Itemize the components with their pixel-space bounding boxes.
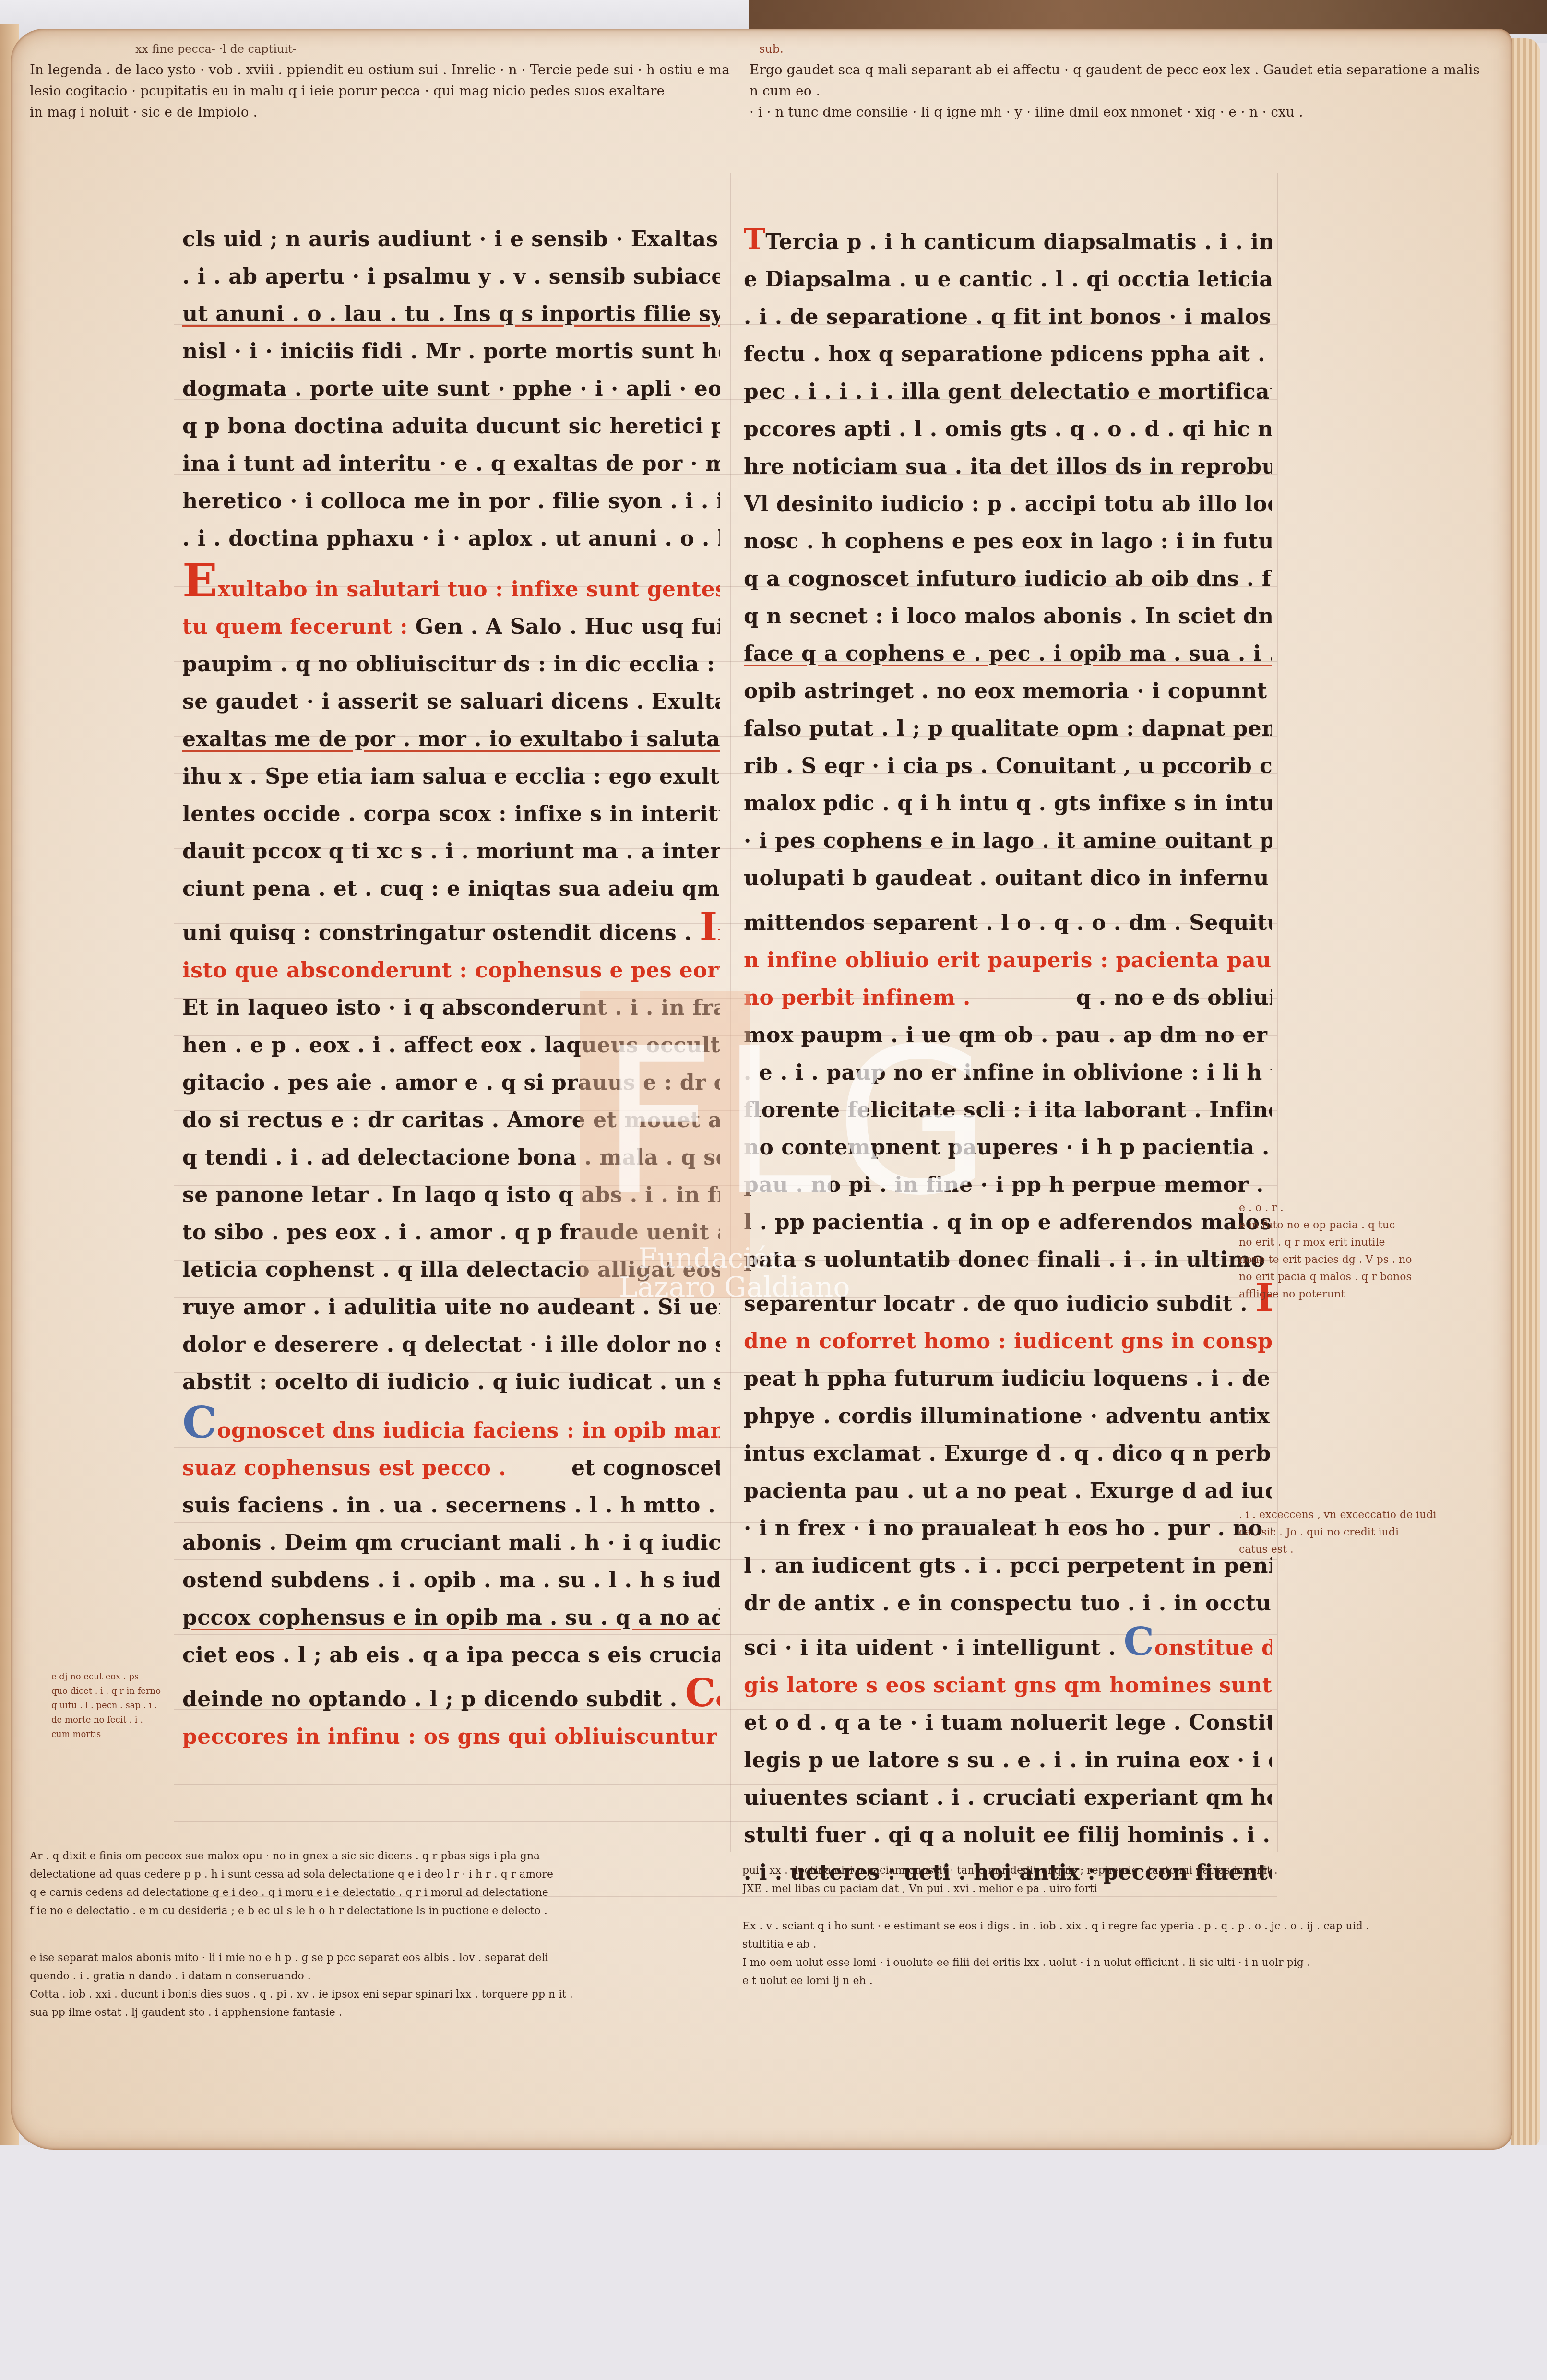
text-line: nisl · i · iniciis fidi . Mr . porte mor… <box>182 333 720 370</box>
margin-gloss-line: catus est . <box>1239 1541 1488 1559</box>
text-line: falso putat . l ; p qualitate opm : dapn… <box>744 710 1272 748</box>
text-line: face q a cophens e . pec . i opib ma . s… <box>744 635 1272 673</box>
watermark-text-line2: Lázaro Galdiano <box>619 1272 850 1302</box>
text-line: ciunt pena . et . cuq : e iniqtas sua ad… <box>182 870 720 908</box>
ruling-column-line <box>1277 173 1278 1852</box>
text-line: peat h ppha futurum iudiciu loquens . i … <box>744 1360 1272 1398</box>
text-line: pccox cophensus e in opib ma . su . q a … <box>182 1599 720 1637</box>
initial-t: T <box>744 223 765 256</box>
initial-i: I <box>700 904 718 949</box>
margin-gloss-header: e . o . r . <box>1239 1200 1488 1217</box>
top-gloss-left-header: xx fine pecca- ·l de captiuit- <box>30 38 730 59</box>
initial-c-red: C <box>685 1670 715 1715</box>
watermark-letter-l: L <box>720 1022 832 1224</box>
text-line: rib . S eqr · i cia ps . Conuitant , u p… <box>744 748 1272 785</box>
bottom-gloss-line: e ise separat malos abonis mito · li i m… <box>30 1949 716 1967</box>
text-line: abonis . Deim qm cruciant mali . h · i q… <box>182 1524 720 1562</box>
rubric-line: tu quem fecerunt : Gen . A Salo . Huc us… <box>182 608 720 646</box>
bottom-gloss-line: q e carnis cedens ad delectatione q e i … <box>30 1884 716 1902</box>
bottom-gloss-line: Cotta . iob . xxi . ducunt i bonis dies … <box>30 1986 716 2004</box>
page-fore-edge-stack <box>1511 38 1540 2150</box>
text-line: pec . i . i . i . illa gent delectatio e… <box>744 373 1272 411</box>
text-line: pccores apti . l . omis gts . q . o . d … <box>744 411 1272 448</box>
text-line: e Diapsalma . u e cantic . l . qi occtia… <box>744 261 1272 298</box>
rubric-line: peccores in infinu : os gns qui obliuisc… <box>182 1718 720 1756</box>
text-line: dolor e deserere . q delectat · i ille d… <box>182 1326 720 1364</box>
bottom-gloss-line: delectatione ad quas cedere p p . h i su… <box>30 1866 716 1884</box>
text-line: hre noticiam sua . ita det illos ds in r… <box>744 448 1272 486</box>
bottom-gloss-line: JXE . mel libas cu paciam dat , Vn pui .… <box>742 1880 1462 1898</box>
text-line: lentes occide . corpa scox : infixe s in… <box>182 796 720 833</box>
margin-gloss-line: affligee no poterunt <box>1239 1286 1488 1303</box>
bottom-gloss-line: Ar . q dixit e finis om peccox sue malox… <box>30 1847 716 1866</box>
watermark-letter-g: G <box>835 1022 991 1224</box>
text-line: suis faciens . in . ua . secernens . l .… <box>182 1487 720 1524</box>
margin-gloss-line: q uitu . l . pecn . sap . i . <box>51 1699 190 1713</box>
top-gloss-left: xx fine pecca- ·l de captiuit- In legend… <box>30 38 730 123</box>
rubric-line: dne n coforret homo : iudicent gns in co… <box>744 1323 1272 1360</box>
rubric-cognoscet: Cognoscet dns iudicia faciens : in opib … <box>182 1401 720 1487</box>
text-line: exaltas me de por . mor . io exultabo i … <box>182 721 720 758</box>
text-line: intus exclamat . Exurge d . q . dico q n… <box>744 1435 1272 1473</box>
text-line: . i . ab apertu · i psalmu y . v . sensi… <box>182 258 720 296</box>
text-line: pacienta pau . ut a no peat . Exurge d a… <box>744 1473 1272 1510</box>
initial-c: C <box>182 1397 217 1448</box>
bottom-gloss-line: Ex . v . sciant q i ho sunt · e estimant… <box>742 1917 1462 1936</box>
text-line: heretico · i colloca me in por . filie s… <box>182 483 720 520</box>
column-left: cls uid ; n auris audiunt · i e sensib ·… <box>182 221 720 1756</box>
text-line: TTercia p . i h canticum diapsalmatis . … <box>744 221 1272 261</box>
text-line: deinde no optando . l ; p dicendo subdit… <box>182 1674 720 1718</box>
top-gloss-right-line: · i · n tunc dme consilie · li q igne mh… <box>750 102 1479 123</box>
text-line: · i pes cophens e in lago . it amine oui… <box>744 822 1272 860</box>
top-gloss-left-line: In legenda . de laco ysto · vob . xviii … <box>30 59 730 81</box>
initial-e: E <box>182 553 218 607</box>
bottom-gloss-line: sua pp ilme ostat . lj gaudent sto . i a… <box>30 2004 716 2022</box>
margin-gloss-line: no erit . q r mox erit inutile <box>1239 1234 1488 1251</box>
text-line: fectu . hox q separatione pdicens ppha a… <box>744 336 1272 373</box>
text-line: abstit : ocelto di iudicio . q iuic iudi… <box>182 1364 720 1401</box>
rubric-line: gis latore s eos sciant gns qm homines s… <box>744 1667 1272 1704</box>
top-gloss-right-line: Ergo gaudet sca q mali separant ab ei af… <box>750 59 1479 81</box>
text-line: ihu x . Spe etia iam salua e ecclia : eg… <box>182 758 720 796</box>
text-line: ostend subdens . i . opib . ma . su . l … <box>182 1562 720 1599</box>
text-line: dr de antix . e in conspectu tuo . i . i… <box>744 1585 1272 1622</box>
text-line: ut anuni . o . lau . tu . Ins q s inport… <box>182 296 720 333</box>
margin-gloss-right-2: . i . exceccens , vn exceccatio de iudi … <box>1239 1507 1488 1559</box>
bottom-gloss-line: pui . xx . doctina uiri p paciam onoscit… <box>742 1862 1462 1880</box>
bottom-gloss-right: pui . xx . doctina uiri p paciam onoscit… <box>742 1862 1462 1990</box>
watermark-letter-f: F <box>600 1022 716 1224</box>
gloss-spacer <box>742 1898 1462 1917</box>
bottom-gloss-line: f ie no e delectatio . e m cu desideria … <box>30 1902 716 1920</box>
bottom-gloss-line: e t uolut ee lomi lj n eh . <box>742 1972 1462 1990</box>
text-line: . i . doctina pphaxu · i · aplox . ut an… <box>182 520 720 558</box>
top-gloss-left-line: lesio cogitacio · pcupitatis eu in malu … <box>30 81 730 102</box>
text-line: opib astringet . no eox memoria · i copu… <box>744 673 1272 710</box>
margin-gloss-line: no erit pacia q malos . q r bonos <box>1239 1269 1488 1286</box>
text-line: dauit pccox q ti xc s . i . moriunt ma .… <box>182 833 720 870</box>
text-line: mittendos separent . l o . q . o . dm . … <box>744 897 1272 942</box>
text-line: se gaudet · i asserit se saluari dicens … <box>182 683 720 721</box>
text-line: legis p ue latore s su . e . i . in ruin… <box>744 1742 1272 1779</box>
margin-gloss-line: cum mortis <box>51 1727 190 1742</box>
initial-c-blue-right: C <box>1124 1619 1154 1664</box>
text-line: Vl desinito iudicio : p . accipi totu ab… <box>744 486 1272 523</box>
top-gloss-right-line: n cum eo . <box>750 81 1479 102</box>
margin-gloss-line: e in futo no e op pacia . q tuc <box>1239 1217 1488 1234</box>
bottom-gloss-line: stultitia e ab . <box>742 1936 1462 1954</box>
text-line: paupim . q no obliuiscitur ds : in dic e… <box>182 646 720 683</box>
margin-gloss-line: . i . exceccens , vn exceccatio de iudi <box>1239 1507 1488 1524</box>
rubric-line: isto que absconderunt : cophensus e pes … <box>182 952 720 989</box>
text-line: uolupati b gaudeat . ouitant dico in inf… <box>744 860 1272 897</box>
rubric-line: Exultabo in salutari tuo : infixe sunt g… <box>182 558 720 608</box>
text-line: l . an iudicent gts . i . pcci perpetent… <box>744 1547 1272 1585</box>
bottom-gloss-line: I mo oem uolut esse lomi · i ouolute ee … <box>742 1954 1462 1972</box>
margin-gloss-line: de morte no fecit . i . <box>51 1713 190 1727</box>
text-line: stulti fuer . qi q a noluit ee filij hom… <box>744 1817 1272 1854</box>
text-line: q a cognoscet infuturo iudicio ab oib dn… <box>744 560 1272 598</box>
text-line: uni quisq : constringatur ostendit dicen… <box>182 908 720 952</box>
rubric-line: suaz cophensus est pecco . et cognoscet … <box>182 1450 720 1487</box>
top-gloss-right-header: sub. <box>750 38 1479 59</box>
top-gloss-left-line: in mag i noluit · sic e de Impiolo . <box>30 102 730 123</box>
bottom-gloss-line: quendo . i . gratia n dando . i datam n … <box>30 1967 716 1986</box>
text-line: ciet eos . l ; ab eis . q a ipa pecca s … <box>182 1637 720 1674</box>
text-line: dogmata . porte uite sunt · pphe · i · a… <box>182 370 720 408</box>
top-gloss-right: sub. Ergo gaudet sca q mali separant ab … <box>750 38 1479 123</box>
margin-gloss-right-1: e . o . r . e in futo no e op pacia . q … <box>1239 1200 1488 1303</box>
rubric-exultabo: Exultabo in salutari tuo : infixe sunt g… <box>182 558 720 646</box>
rubric-line: Cognoscet dns iudicia faciens : in opib … <box>182 1401 720 1450</box>
bottom-gloss-left: Ar . q dixit e finis om peccox sue malox… <box>30 1847 716 2022</box>
margin-gloss-line: e dj no ecut eox . ps <box>51 1670 190 1684</box>
margin-gloss-left-1: e dj no ecut eox . ps quo dicet . i . q … <box>51 1670 190 1742</box>
margin-gloss-line: none te erit pacies dg . V ps . no <box>1239 1251 1488 1269</box>
text-line: et o d . q a te · i tuam noluerit lege .… <box>744 1704 1272 1742</box>
text-line: uiuentes sciant . i . cruciati experiant… <box>744 1779 1272 1817</box>
text-line: sci · i ita uident · i intelligunt . Con… <box>744 1622 1272 1667</box>
text-line: q n secnet : i loco malos abonis . In sc… <box>744 598 1272 635</box>
ruling-column-line <box>174 173 174 1852</box>
text-line: cls uid ; n auris audiunt · i e sensib ·… <box>182 221 720 258</box>
text-line: malox pdic . q i h intu q . gts infixe s… <box>744 785 1272 822</box>
text-line: phpye . cordis illuminatione · adventu a… <box>744 1398 1272 1435</box>
text-line: ina i tunt ad interitu · e . q exaltas d… <box>182 445 720 483</box>
margin-gloss-line: quo dicet . i . q r in ferno <box>51 1684 190 1699</box>
text-line: · i n frex · i no praualeat h eos ho . p… <box>744 1510 1272 1547</box>
watermark-text-line1: Fundación <box>638 1243 787 1273</box>
text-line: . i . de separatione . q fit int bonos ·… <box>744 298 1272 336</box>
rubric-line: n infine obliuio erit pauperis : pacient… <box>744 942 1272 979</box>
background-bottom <box>0 2145 1547 2380</box>
text-line: nosc . h cophens e pes eox in lago : i i… <box>744 523 1272 560</box>
margin-gloss-line: ca . sic . Jo . qui no credit iudi <box>1239 1524 1488 1541</box>
text-line: q p bona doctina aduita ducunt sic heret… <box>182 408 720 445</box>
gloss-spacer <box>30 1920 716 1949</box>
